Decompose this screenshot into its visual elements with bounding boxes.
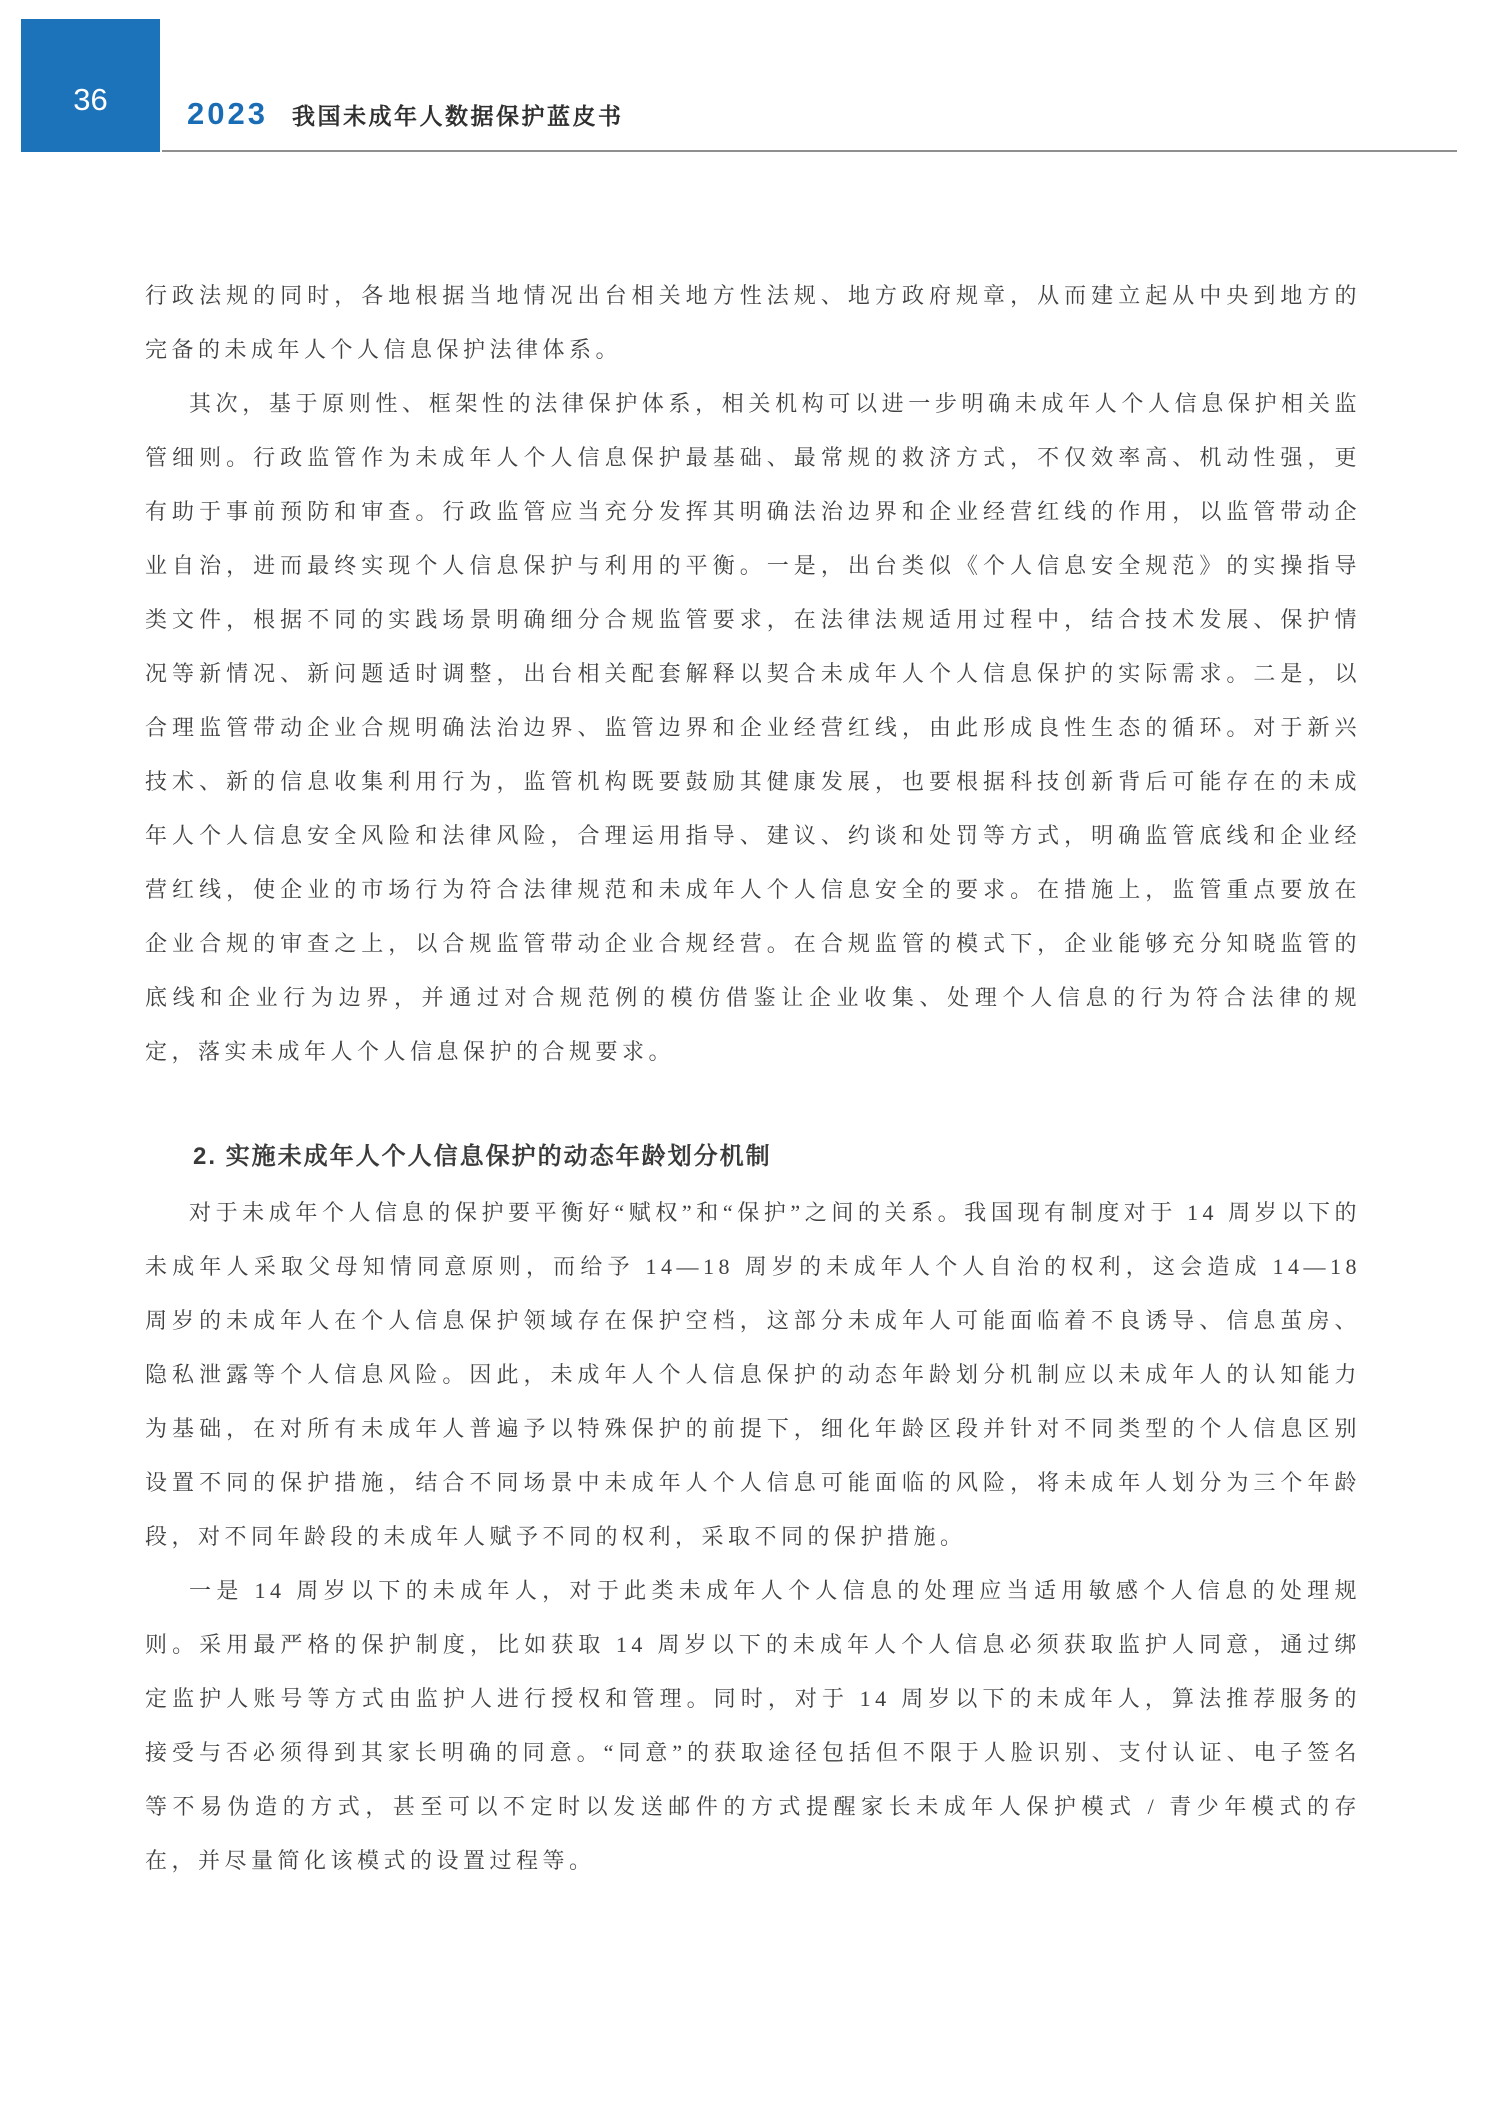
body-paragraph: 其次，基于原则性、框架性的法律保护体系，相关机构可以进一步明确未成年人个人信息保… [145, 377, 1361, 1079]
page-number: 36 [73, 84, 107, 115]
section-heading: 2. 实施未成年人个人信息保护的动态年龄划分机制 [145, 1140, 1361, 1174]
document-page: { "page": { "number": "36", "header": { … [0, 0, 1500, 2104]
body-paragraph: 对于未成年个人信息的保护要平衡好“赋权”和“保护”之间的关系。我国现有制度对于 … [145, 1186, 1361, 1564]
page-body: 行政法规的同时，各地根据当地情况出台相关地方性法规、地方政府规章，从而建立起从中… [145, 0, 1361, 1888]
body-paragraph-continued: 行政法规的同时，各地根据当地情况出台相关地方性法规、地方政府规章，从而建立起从中… [145, 269, 1361, 377]
body-paragraph: 一是 14 周岁以下的未成年人，对于此类未成年人个人信息的处理应当适用敏感个人信… [145, 1564, 1361, 1888]
page-number-box: 36 [21, 19, 160, 152]
